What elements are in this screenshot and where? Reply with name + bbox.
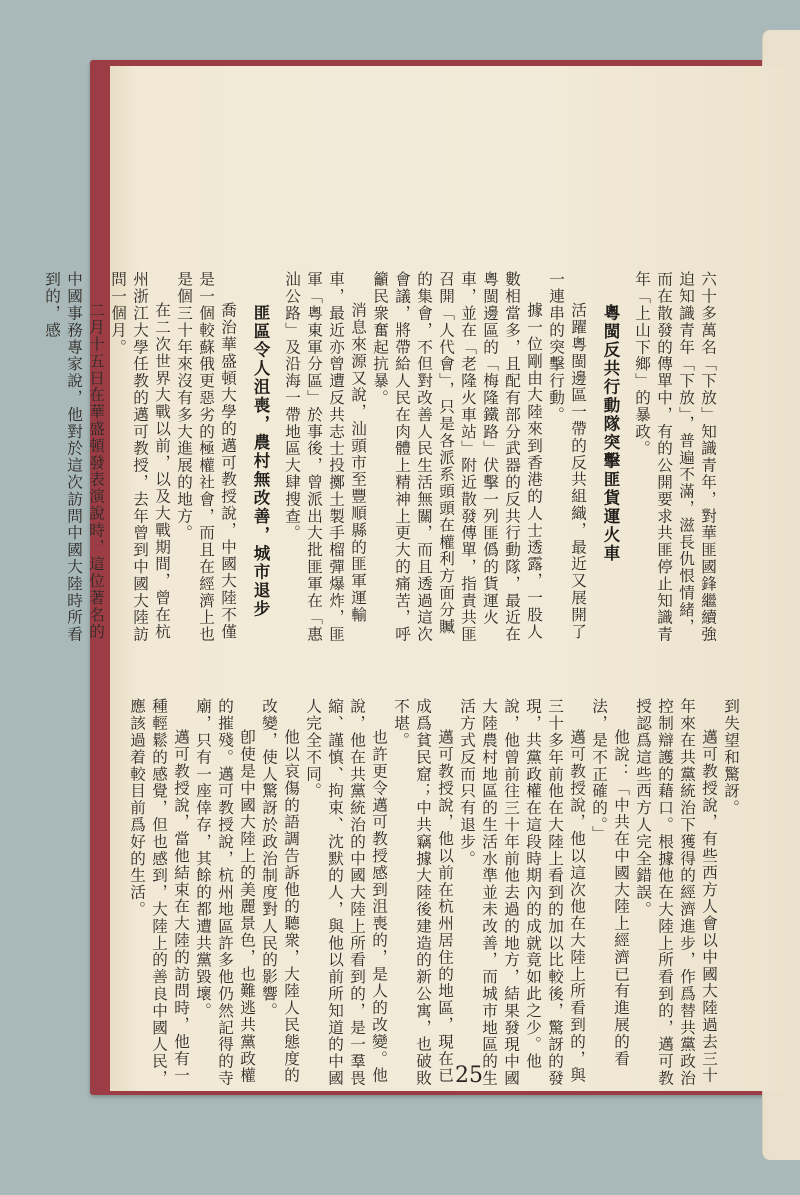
- section-heading: 粵閩反共行動隊突擊匪貨運火車: [599, 271, 621, 646]
- paragraph: 到失望和驚訝。: [720, 698, 742, 1093]
- paragraph: 邁可教授說，有些西方人會以中國大陸過去三十年來在共黨統治下獲得的經濟進步，作爲替…: [632, 698, 720, 1093]
- paragraph: 在二次世界大戰以前，以及大戰期間，曾在杭州浙江大學任教的邁可教授，去年曾到中國大…: [107, 271, 173, 646]
- paragraph: 邁可教授說，他以這次他在大陸上所看到的，與三十多年前他在大陸上看到的加以比較後，…: [456, 698, 588, 1093]
- paragraph: 喬治華盛頓大學的邁可教授說，中國大陸不僅是一個較蘇俄更惡劣的極權社會，而且在經濟…: [173, 271, 239, 646]
- book-page: 六十多萬名「下放」知識青年，對華匪國鋒繼續強迫知識青年「下放」，普遍不滿，滋長仇…: [110, 66, 785, 1091]
- paragraph: 邁可教授說，他以前在杭州居住的地區，現在已成爲貧民窟；中共竊據大陸後建造的新公寓…: [390, 698, 456, 1093]
- bottom-text-block: 到失望和驚訝。邁可教授說，有些西方人會以中國大陸過去三十年來在共黨統治下獲得的經…: [126, 698, 742, 1093]
- paragraph: 也許更令邁可教授感到沮喪的，是人的改變。他說，他在共黨統治的中國大陸上所看到的，…: [302, 698, 390, 1093]
- paragraph: 他以哀傷的語調告訴他的聽衆，大陸人民態度的改變，使人驚訝於政治制度對人民的影響。: [258, 698, 302, 1093]
- top-text-block: 六十多萬名「下放」知識青年，對華匪國鋒繼續強迫知識青年「下放」，普遍不滿，滋長仇…: [41, 271, 719, 646]
- paragraph: 卽使是中國大陸上的美麗景色，也難逃共黨政權的摧殘。邁可教授說，杭州地區許多他仍然…: [192, 698, 258, 1093]
- section-heading: 匪區令人沮喪，農村無改善，城市退步: [249, 271, 271, 646]
- page-number: 25: [455, 1063, 483, 1088]
- paragraph: 邁可教授說，當他結束在大陸的訪問時，他有一種輕鬆的感覺，但也感到，大陸上的善良中…: [126, 698, 192, 1093]
- paragraph: 活躍粵閩邊區一帶的反共組織，最近又展開了一連串的突擊行動。: [545, 271, 589, 646]
- paragraph: 據一位剛由大陸來到香港的人士透露，一股人數相當多，且配有部分武器的反共行動隊，最…: [369, 271, 545, 646]
- paragraph: 他說：「中共在中國大陸上經濟已有進展的看法，是不正確的。」: [588, 698, 632, 1093]
- paragraph: 消息來源又說，汕頭市至豐順縣的匪軍運輸車，最近亦曾遭反共志士投擲土製手榴彈爆炸，…: [281, 271, 369, 646]
- paragraph: 二月十五日在華盛頓發表演說時，這位著名的中國事務專家說，他對於這次訪問中國大陸時…: [41, 271, 107, 646]
- paragraph: 六十多萬名「下放」知識青年，對華匪國鋒繼續強迫知識青年「下放」，普遍不滿，滋長仇…: [631, 271, 719, 646]
